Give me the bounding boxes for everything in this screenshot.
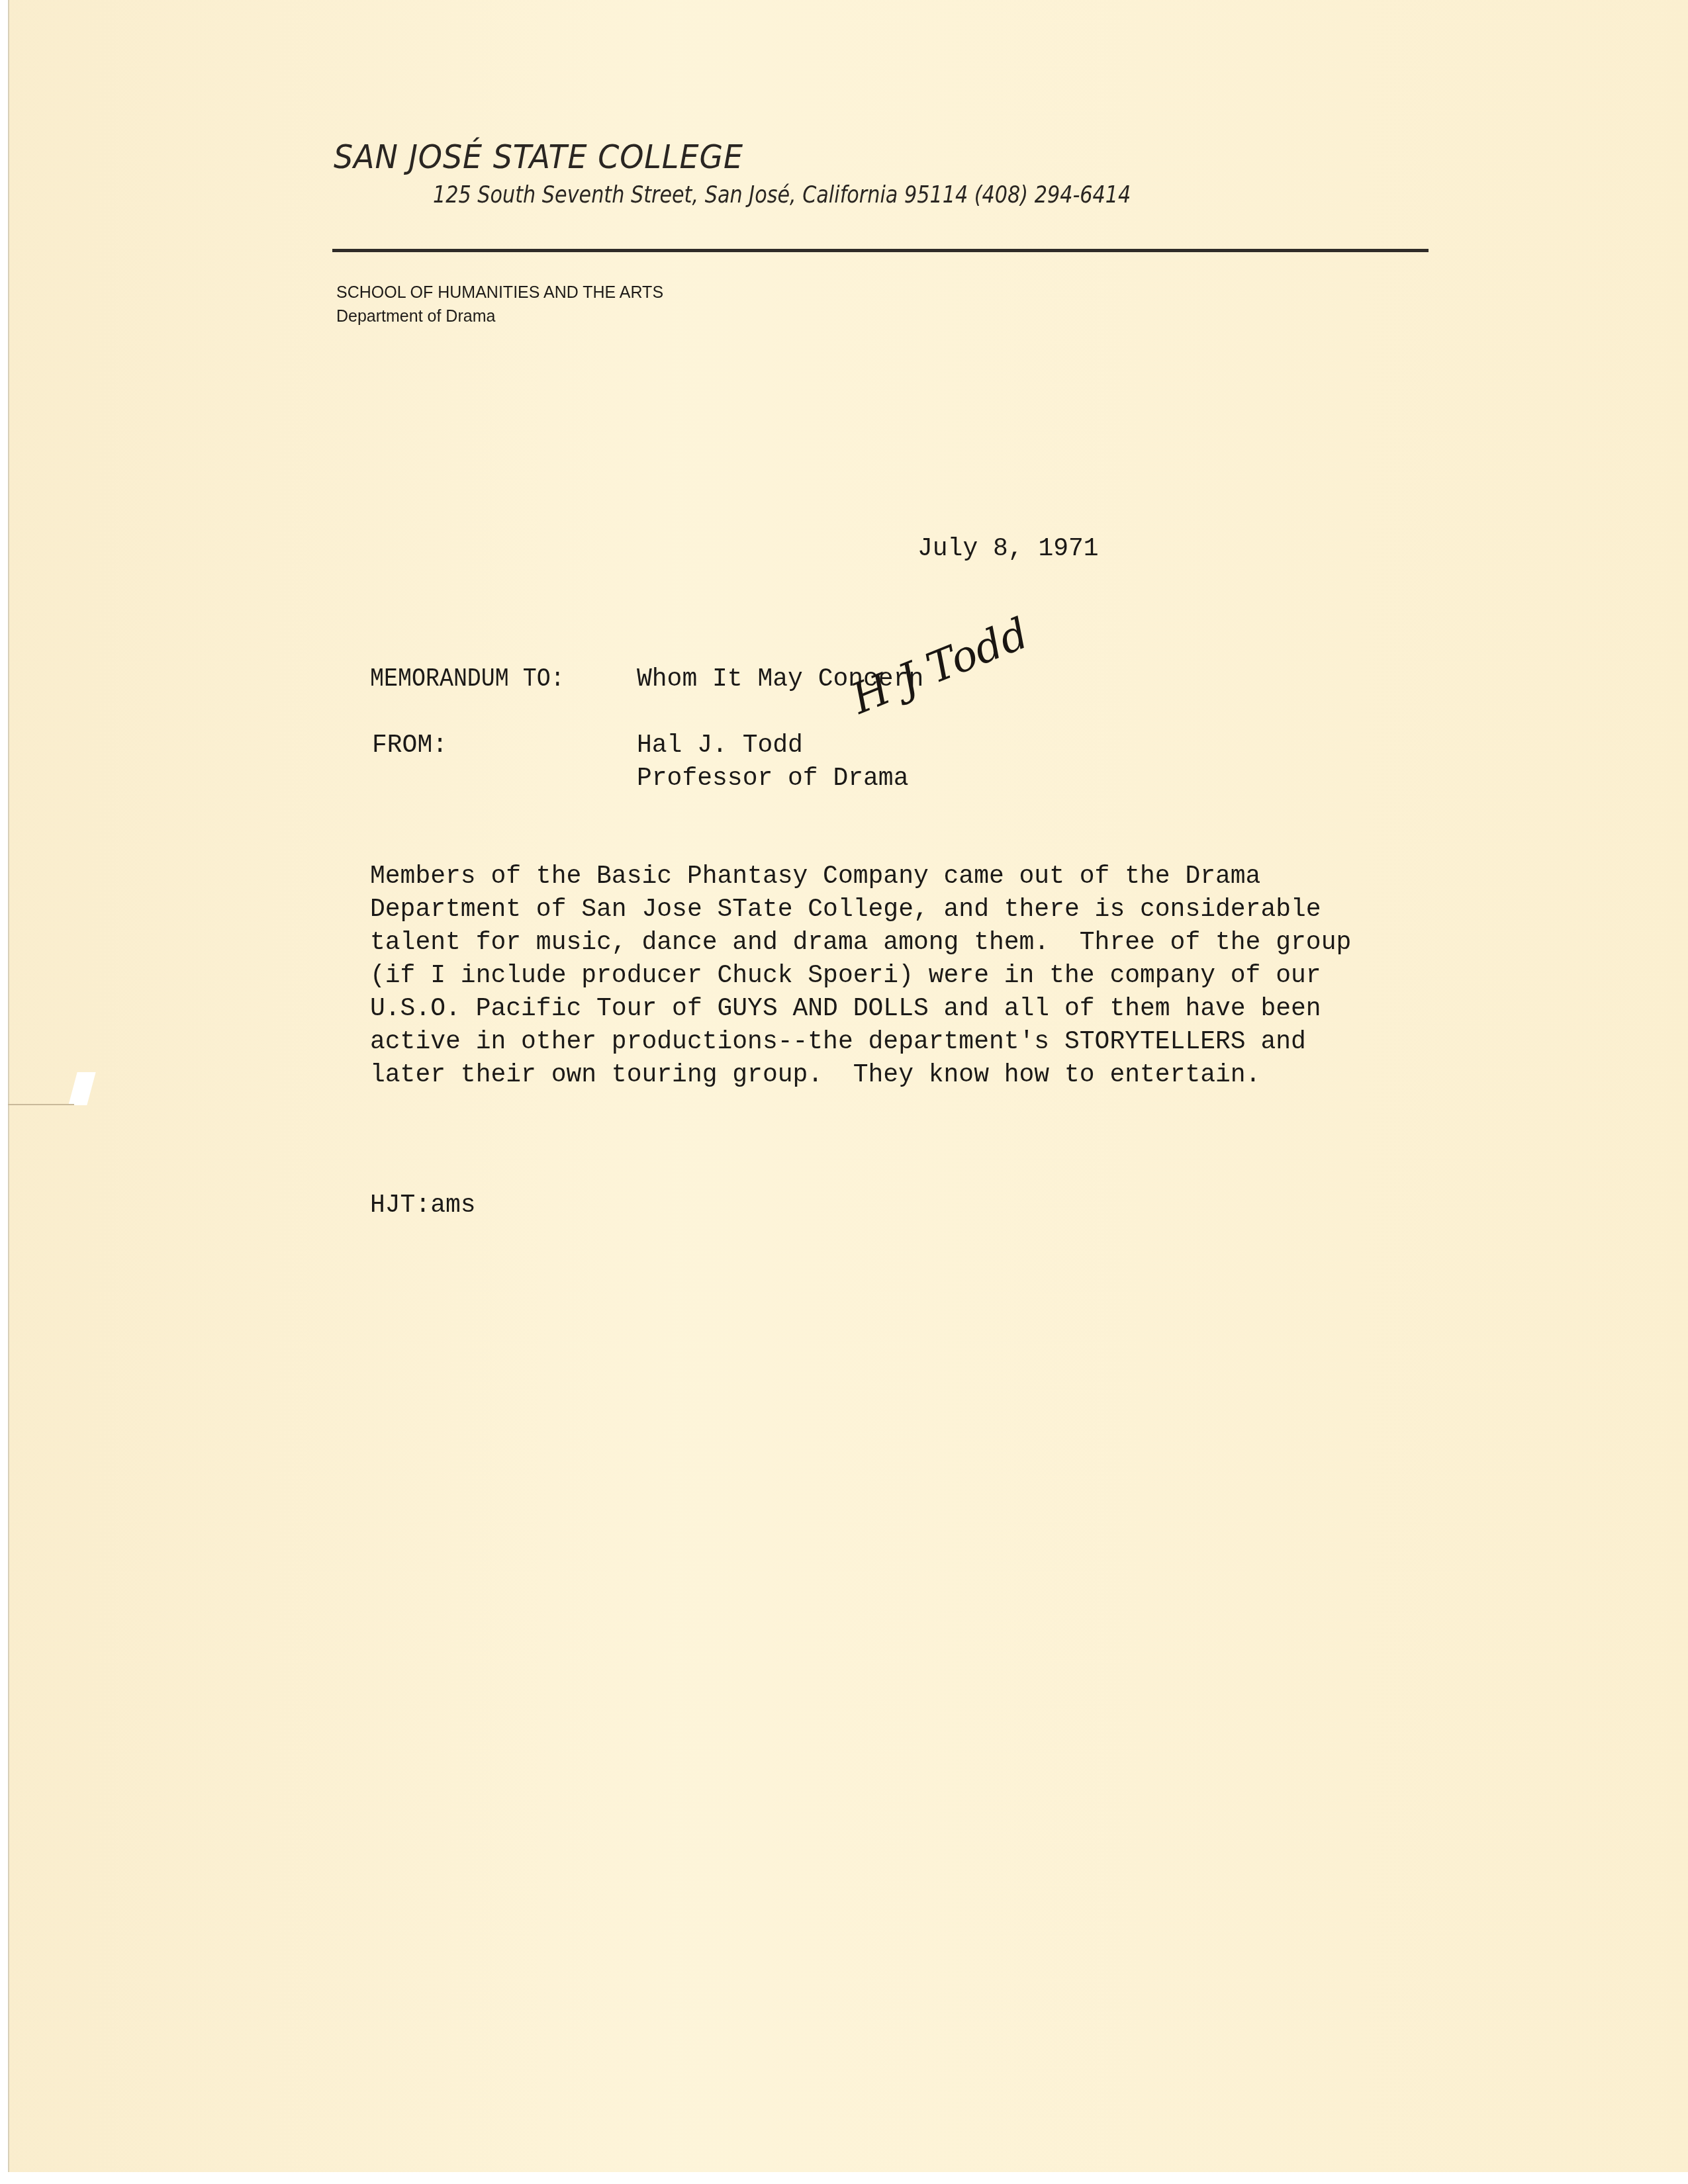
memo-body-line: Department of San Jose STate College, an… — [370, 893, 1495, 927]
memo-page: SAN JOSÉ STATE COLLEGE 125 South Seventh… — [8, 0, 1688, 2172]
memo-from-name: Hal J. Todd — [637, 731, 803, 760]
reference-initials: HJT:ams — [370, 1191, 476, 1220]
memo-body-line: active in other productions--the departm… — [370, 1026, 1495, 1059]
letterhead-divider — [332, 249, 1429, 252]
memo-from-title: Professor of Drama — [637, 764, 908, 793]
memo-body-line: Members of the Basic Phantasy Company ca… — [370, 860, 1495, 893]
memo-body-line: U.S.O. Pacific Tour of GUYS AND DOLLS an… — [370, 993, 1495, 1026]
memo-from-label: FROM: — [372, 731, 447, 760]
letterhead-address: 125 South Seventh Street, San José, Cali… — [433, 181, 1131, 208]
memo-body-line: (if I include producer Chuck Spoeri) wer… — [370, 960, 1495, 993]
letterhead-institution: SAN JOSÉ STATE COLLEGE — [334, 138, 743, 176]
handwritten-signature: H J Todd — [845, 609, 1035, 724]
letterhead-school: SCHOOL OF HUMANITIES AND THE ARTS — [336, 283, 663, 302]
memo-to-label: MEMORANDUM TO: — [370, 665, 565, 694]
memo-date: July 8, 1971 — [917, 535, 1099, 563]
paper-crease — [8, 1104, 74, 1105]
memo-body: Members of the Basic Phantasy Company ca… — [370, 860, 1495, 1092]
memo-body-line: later their own touring group. They know… — [370, 1059, 1495, 1092]
memo-body-line: talent for music, dance and drama among … — [370, 927, 1495, 960]
letterhead-department: Department of Drama — [336, 307, 495, 326]
